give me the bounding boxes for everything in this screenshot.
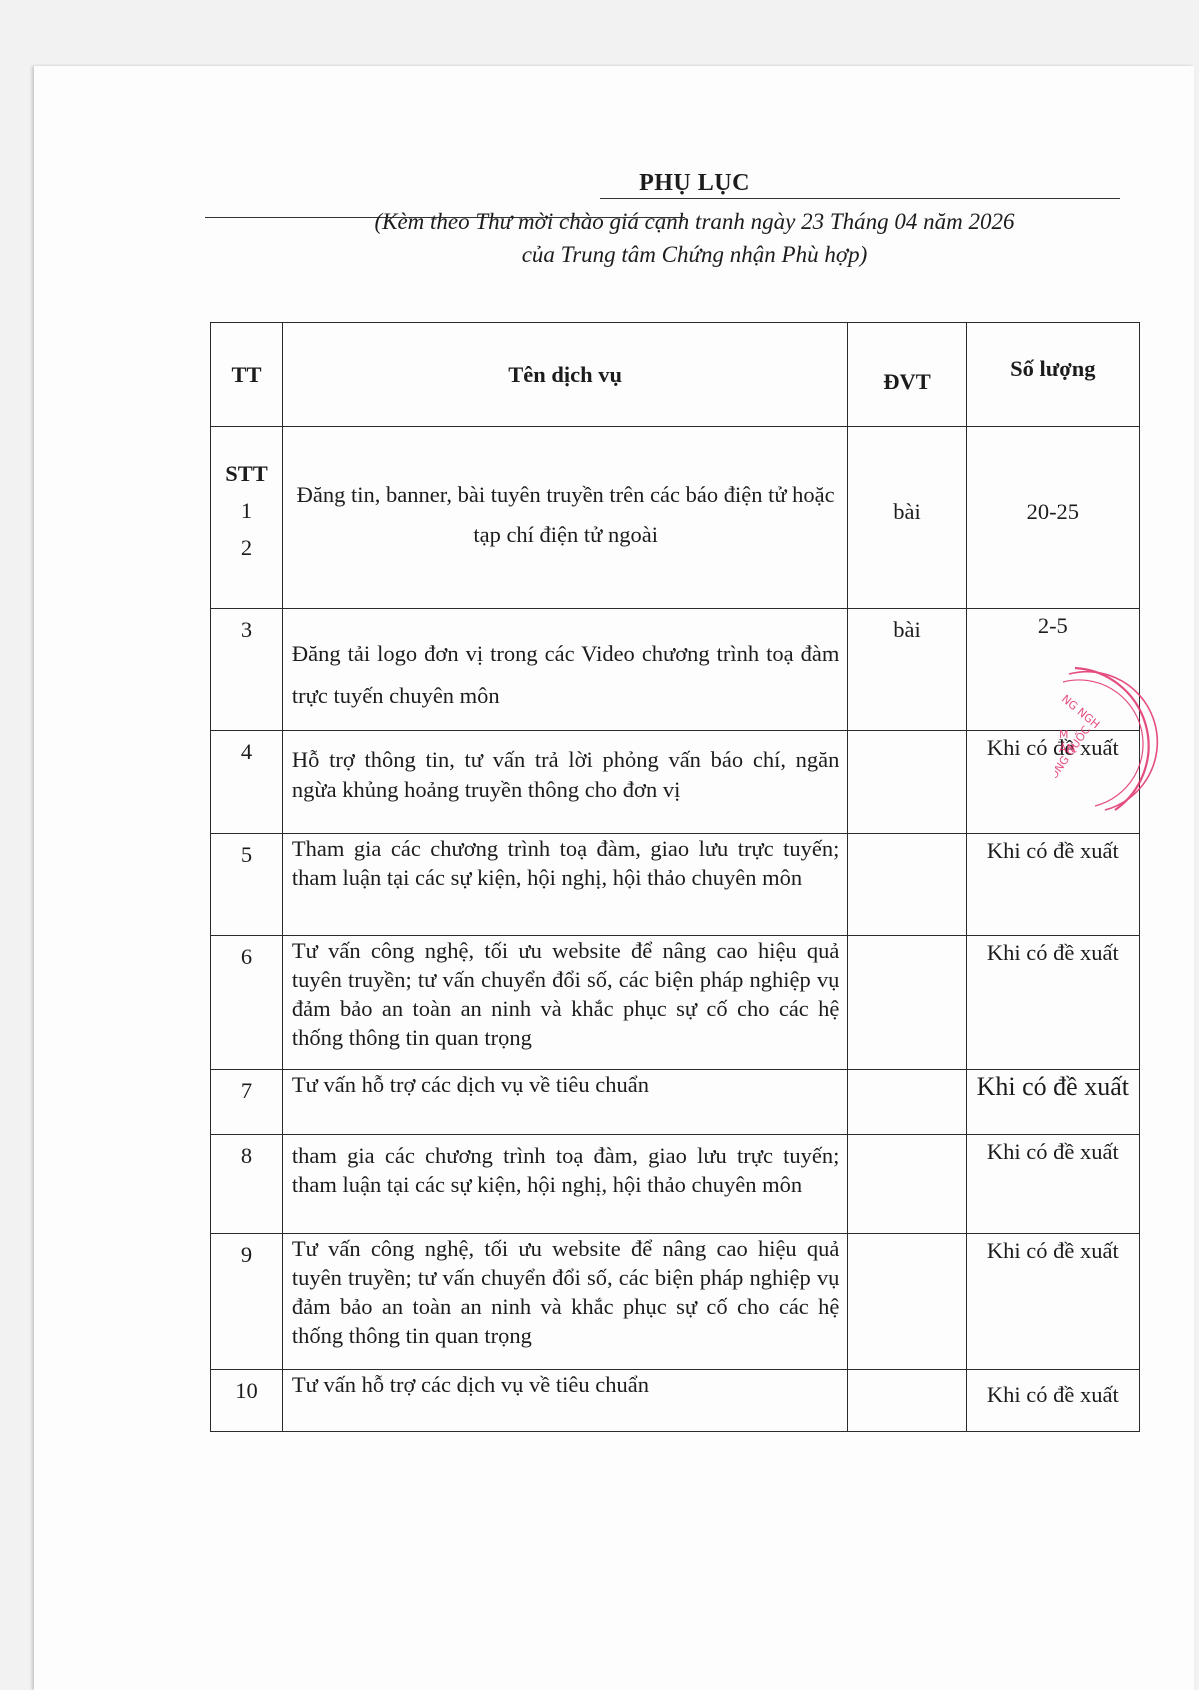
service-name: Đăng tin, banner, bài tuyên truyền trên … bbox=[282, 427, 847, 609]
service-name: Tư vấn hỗ trợ các dịch vụ về tiêu chuẩn bbox=[282, 1070, 847, 1135]
service-quantity: Khi có đề xuất bbox=[966, 1370, 1139, 1432]
subtitle-line-1: (Kèm theo Thư mời chào giá cạnh tranh ng… bbox=[190, 205, 1199, 238]
page-title: PHỤ LỤC bbox=[0, 170, 1199, 197]
header-service-name: Tên dịch vụ bbox=[282, 323, 847, 427]
row-number: 8 bbox=[211, 1135, 283, 1234]
table-row: 5 Tham gia các chương trình toạ đàm, gia… bbox=[211, 834, 1140, 936]
service-quantity: 20-25 bbox=[966, 427, 1139, 609]
subtitle-line-2: của Trung tâm Chứng nhận Phù hợp) bbox=[190, 238, 1199, 271]
service-quantity: Khi có đề xuất bbox=[966, 1234, 1139, 1370]
service-quantity: Khi có đề xuất bbox=[966, 1135, 1139, 1234]
table-row: 4 Hỗ trợ thông tin, tư vấn trả lời phỏng… bbox=[211, 731, 1140, 834]
table-row: 3 Đăng tải logo đơn vị trong các Video c… bbox=[211, 609, 1140, 731]
service-unit bbox=[848, 936, 966, 1070]
row-number: 6 bbox=[211, 936, 283, 1070]
service-name: Tham gia các chương trình toạ đàm, giao … bbox=[282, 834, 847, 936]
table-row: 9 Tư vấn công nghệ, tối ưu website để nâ… bbox=[211, 1234, 1140, 1370]
service-unit bbox=[848, 1234, 966, 1370]
row-number: 9 bbox=[211, 1234, 283, 1370]
title-divider bbox=[600, 198, 1120, 199]
service-quantity: Khi có đề xuất bbox=[966, 834, 1139, 936]
table-row: 8 tham gia các chương trình toạ đàm, gia… bbox=[211, 1135, 1140, 1234]
service-unit bbox=[848, 1070, 966, 1135]
service-name: tham gia các chương trình toạ đàm, giao … bbox=[282, 1135, 847, 1234]
row-number-1: 1 bbox=[212, 492, 281, 529]
service-name: Tư vấn hỗ trợ các dịch vụ về tiêu chuẩn bbox=[282, 1370, 847, 1432]
page-subtitle: (Kèm theo Thư mời chào giá cạnh tranh ng… bbox=[190, 205, 1199, 271]
row-number: 10 bbox=[211, 1370, 283, 1432]
service-unit: bài bbox=[848, 427, 966, 609]
service-name: Hỗ trợ thông tin, tư vấn trả lời phỏng v… bbox=[282, 731, 847, 834]
service-unit: bài bbox=[848, 609, 966, 731]
table-header-row: TT Tên dịch vụ ĐVT Số lượng bbox=[211, 323, 1140, 427]
service-name: Tư vấn công nghệ, tối ưu website để nâng… bbox=[282, 936, 847, 1070]
service-quantity: Khi có đề xuất bbox=[966, 936, 1139, 1070]
service-unit bbox=[848, 1370, 966, 1432]
service-unit bbox=[848, 1135, 966, 1234]
service-name: Đăng tải logo đơn vị trong các Video chư… bbox=[282, 609, 847, 731]
row-number: STT 1 2 bbox=[211, 427, 283, 609]
row-number-2: 2 bbox=[212, 529, 281, 566]
stt-label: STT bbox=[212, 455, 281, 492]
header-unit: ĐVT bbox=[848, 323, 966, 427]
service-quantity: 2-5 bbox=[966, 609, 1139, 731]
row-number: 4 bbox=[211, 731, 283, 834]
table-row: STT 1 2 Đăng tin, banner, bài tuyên truy… bbox=[211, 427, 1140, 609]
row-number: 5 bbox=[211, 834, 283, 936]
table-row: 7 Tư vấn hỗ trợ các dịch vụ về tiêu chuẩ… bbox=[211, 1070, 1140, 1135]
row-number: 3 bbox=[211, 609, 283, 731]
service-quantity: Khi có đề xuất bbox=[966, 731, 1139, 834]
table-row: 10 Tư vấn hỗ trợ các dịch vụ về tiêu chu… bbox=[211, 1370, 1140, 1432]
service-unit bbox=[848, 834, 966, 936]
header-quantity: Số lượng bbox=[966, 323, 1139, 427]
service-name: Tư vấn công nghệ, tối ưu website để nâng… bbox=[282, 1234, 847, 1370]
table-row: 6 Tư vấn công nghệ, tối ưu website để nâ… bbox=[211, 936, 1140, 1070]
service-unit bbox=[848, 731, 966, 834]
service-quantity: Khi có đề xuất bbox=[966, 1070, 1139, 1135]
row-number: 7 bbox=[211, 1070, 283, 1135]
services-table: TT Tên dịch vụ ĐVT Số lượng STT 1 2 Đăng… bbox=[210, 322, 1140, 1432]
header-tt: TT bbox=[211, 323, 283, 427]
